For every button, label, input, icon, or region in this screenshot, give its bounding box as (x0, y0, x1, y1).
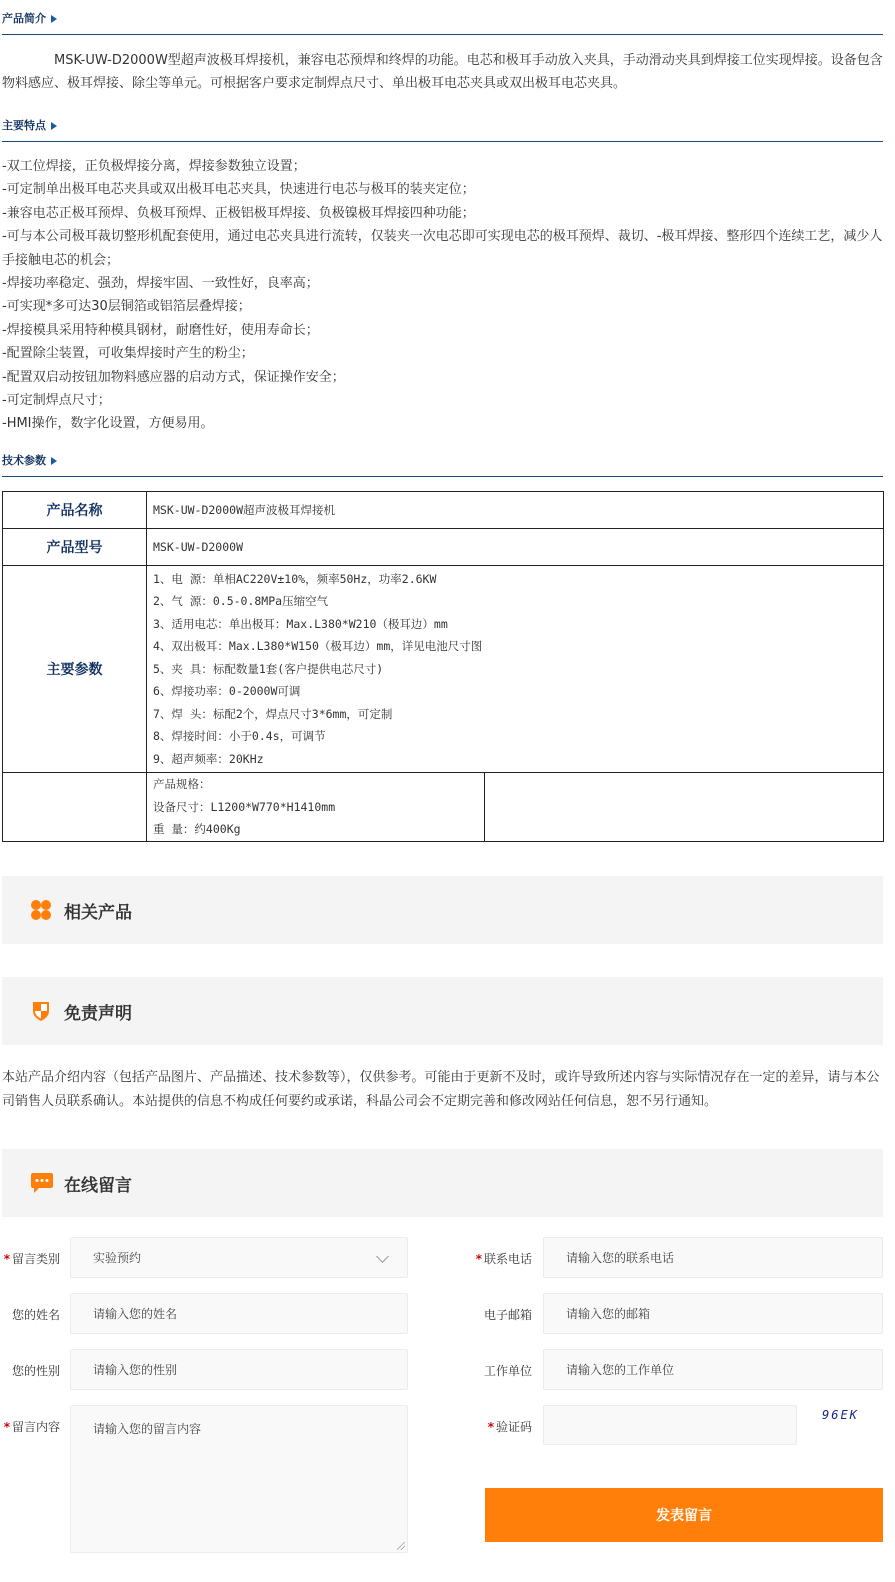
triangle-right-icon (51, 15, 57, 23)
name-label: 您的姓名 (2, 1306, 60, 1323)
divider (2, 141, 883, 142)
feature-item: -HMI操作，数字化设置，方便易用。 (2, 412, 884, 435)
intro-heading-text: 产品简介 (2, 12, 46, 25)
disclaimer-title: 免责声明 (64, 999, 132, 1024)
spec-line: 2、气 源：0.5-0.8MPa压缩空气 (153, 590, 877, 613)
placeholder: 请输入您的联系电话 (566, 1249, 674, 1266)
feature-item: -可实现*多可达30层铜箔或铝箔层叠焊接； (2, 295, 884, 318)
spec-key: 产品名称 (3, 492, 147, 529)
spec-line: 9、超声频率：20KHz (153, 748, 877, 771)
gender-input[interactable]: 请输入您的性别 (70, 1349, 408, 1390)
submit-button[interactable]: 发表留言 (485, 1488, 883, 1542)
placeholder: 请输入您的邮箱 (566, 1305, 650, 1322)
section-heading-intro: 产品简介 (2, 10, 883, 26)
shield-icon (30, 1000, 52, 1022)
phone-label: *联系电话 (474, 1250, 532, 1267)
message-title: 在线留言 (64, 1171, 132, 1196)
required-mark: * (476, 1252, 482, 1266)
table-row: 产品规格： 设备尺寸：L1200*W770*H1410mm 重 量：约400Kg (3, 773, 884, 842)
divider (2, 476, 883, 477)
section-heading-features: 主要特点 (2, 117, 883, 133)
resize-handle-icon[interactable] (397, 1542, 405, 1550)
phone-input[interactable]: 请输入您的联系电话 (543, 1237, 883, 1278)
spec-line: 7、焊 头：标配2个，焊点尺寸3*6mm，可定制 (153, 703, 877, 726)
category-select[interactable]: 实验预约 (70, 1237, 408, 1278)
company-input[interactable]: 请输入您的工作单位 (543, 1349, 883, 1390)
spec-value: MSK-UW-D2000W (147, 529, 884, 566)
feature-item: -焊接模具采用特种模具钢材，耐磨性好，使用寿命长； (2, 319, 884, 342)
table-row: 主要参数 1、电 源：单相AC220V±10%，频率50Hz，功率2.6KW 2… (3, 566, 884, 773)
email-label: 电子邮箱 (474, 1306, 532, 1323)
spec-table: 产品名称 MSK-UW-D2000W超声波极耳焊接机 产品型号 MSK-UW-D… (2, 491, 884, 842)
triangle-right-icon (51, 457, 57, 465)
captcha-input[interactable] (543, 1405, 797, 1445)
placeholder: 请输入您的姓名 (93, 1305, 177, 1322)
placeholder: 请输入您的留言内容 (93, 1420, 201, 1437)
section-heading-specs: 技术参数 (2, 452, 883, 468)
captcha-image[interactable]: 96EK (822, 1408, 859, 1422)
feature-item: -双工位焊接，正负极焊接分离，焊接参数独立设置； (2, 155, 884, 178)
chat-bubble-icon (30, 1172, 52, 1194)
spec-value: MSK-UW-D2000W超声波极耳焊接机 (147, 492, 884, 529)
feature-item: -可定制焊点尺寸； (2, 389, 884, 412)
table-row: 产品型号 MSK-UW-D2000W (3, 529, 884, 566)
spec-line: 8、焊接时间：小于0.4s，可调节 (153, 725, 877, 748)
category-label: *留言类别 (2, 1250, 60, 1267)
feature-item: -可与本公司极耳裁切整形机配套使用，通过电芯夹具进行流转，仅装夹一次电芯即可实现… (2, 225, 884, 272)
placeholder: 请输入您的性别 (93, 1361, 177, 1378)
category-value: 实验预约 (93, 1249, 141, 1266)
divider (2, 34, 883, 35)
specs-heading-text: 技术参数 (2, 454, 46, 467)
label-text: 留言类别 (12, 1252, 60, 1266)
label-text: 留言内容 (12, 1420, 60, 1434)
feature-item: -配置除尘装置，可收集焊接时产生的粉尘； (2, 342, 884, 365)
feature-item: -可定制单出极耳电芯夹具或双出极耳电芯夹具，快速进行电芯与极耳的装夹定位； (2, 178, 884, 201)
spec-key-empty (3, 773, 147, 842)
spec-line: 5、夹 具：标配数量1套(客户提供电芯尺寸) (153, 658, 877, 681)
spec-line: 重 量：约400Kg (153, 818, 478, 841)
spec-line: 1、电 源：单相AC220V±10%，频率50Hz，功率2.6KW (153, 568, 877, 591)
clover-icon (30, 899, 52, 921)
spec-key: 产品型号 (3, 529, 147, 566)
related-products-title: 相关产品 (64, 898, 132, 923)
intro-text: MSK-UW-D2000W型超声波极耳焊接机，兼容电芯预焊和终焊的功能。电芯和极… (2, 49, 884, 95)
spec-value-list: 产品规格： 设备尺寸：L1200*W770*H1410mm 重 量：约400Kg (147, 773, 485, 842)
triangle-right-icon (51, 122, 57, 130)
name-input[interactable]: 请输入您的姓名 (70, 1293, 408, 1334)
table-row: 产品名称 MSK-UW-D2000W超声波极耳焊接机 (3, 492, 884, 529)
disclaimer-header: 免责声明 (2, 977, 883, 1045)
required-mark: * (488, 1420, 494, 1434)
company-label: 工作单位 (474, 1362, 532, 1379)
feature-item: -焊接功率稳定、强劲，焊接牢固、一致性好，良率高； (2, 272, 884, 295)
captcha-label: *验证码 (474, 1418, 532, 1435)
label-text: 联系电话 (484, 1252, 532, 1266)
content-label: *留言内容 (2, 1418, 60, 1435)
gender-label: 您的性别 (2, 1362, 60, 1379)
email-input[interactable]: 请输入您的邮箱 (543, 1293, 883, 1334)
message-header: 在线留言 (2, 1149, 883, 1217)
disclaimer-text: 本站产品介绍内容（包括产品图片、产品描述、技术参数等），仅供参考。可能由于更新不… (2, 1066, 887, 1114)
spec-line: 设备尺寸：L1200*W770*H1410mm (153, 796, 478, 819)
related-products-header: 相关产品 (2, 876, 883, 944)
content-textarea[interactable]: 请输入您的留言内容 (70, 1405, 408, 1553)
spec-line: 产品规格： (153, 773, 478, 796)
spec-key: 主要参数 (3, 566, 147, 773)
features-list: -双工位焊接，正负极焊接分离，焊接参数独立设置； -可定制单出极耳电芯夹具或双出… (2, 155, 884, 436)
label-text: 验证码 (496, 1420, 532, 1434)
placeholder: 请输入您的工作单位 (566, 1361, 674, 1378)
spec-line: 6、焊接功率：0-2000W可调 (153, 680, 877, 703)
spec-line: 4、双出极耳：Max.L380*W150（极耳边）mm，详见电池尺寸图 (153, 635, 877, 658)
chevron-down-icon (376, 1250, 389, 1263)
feature-item: -兼容电芯正极耳预焊、负极耳预焊、正极铝极耳焊接、负极镍极耳焊接四种功能； (2, 202, 884, 225)
spec-value-empty (485, 773, 884, 842)
features-heading-text: 主要特点 (2, 119, 46, 132)
feature-item: -配置双启动按钮加物料感应器的启动方式，保证操作安全； (2, 366, 884, 389)
required-mark: * (4, 1420, 10, 1434)
required-mark: * (4, 1252, 10, 1266)
spec-value-list: 1、电 源：单相AC220V±10%，频率50Hz，功率2.6KW 2、气 源：… (147, 566, 884, 773)
spec-line: 3、适用电芯：单出极耳：Max.L380*W210（极耳边）mm (153, 613, 877, 636)
